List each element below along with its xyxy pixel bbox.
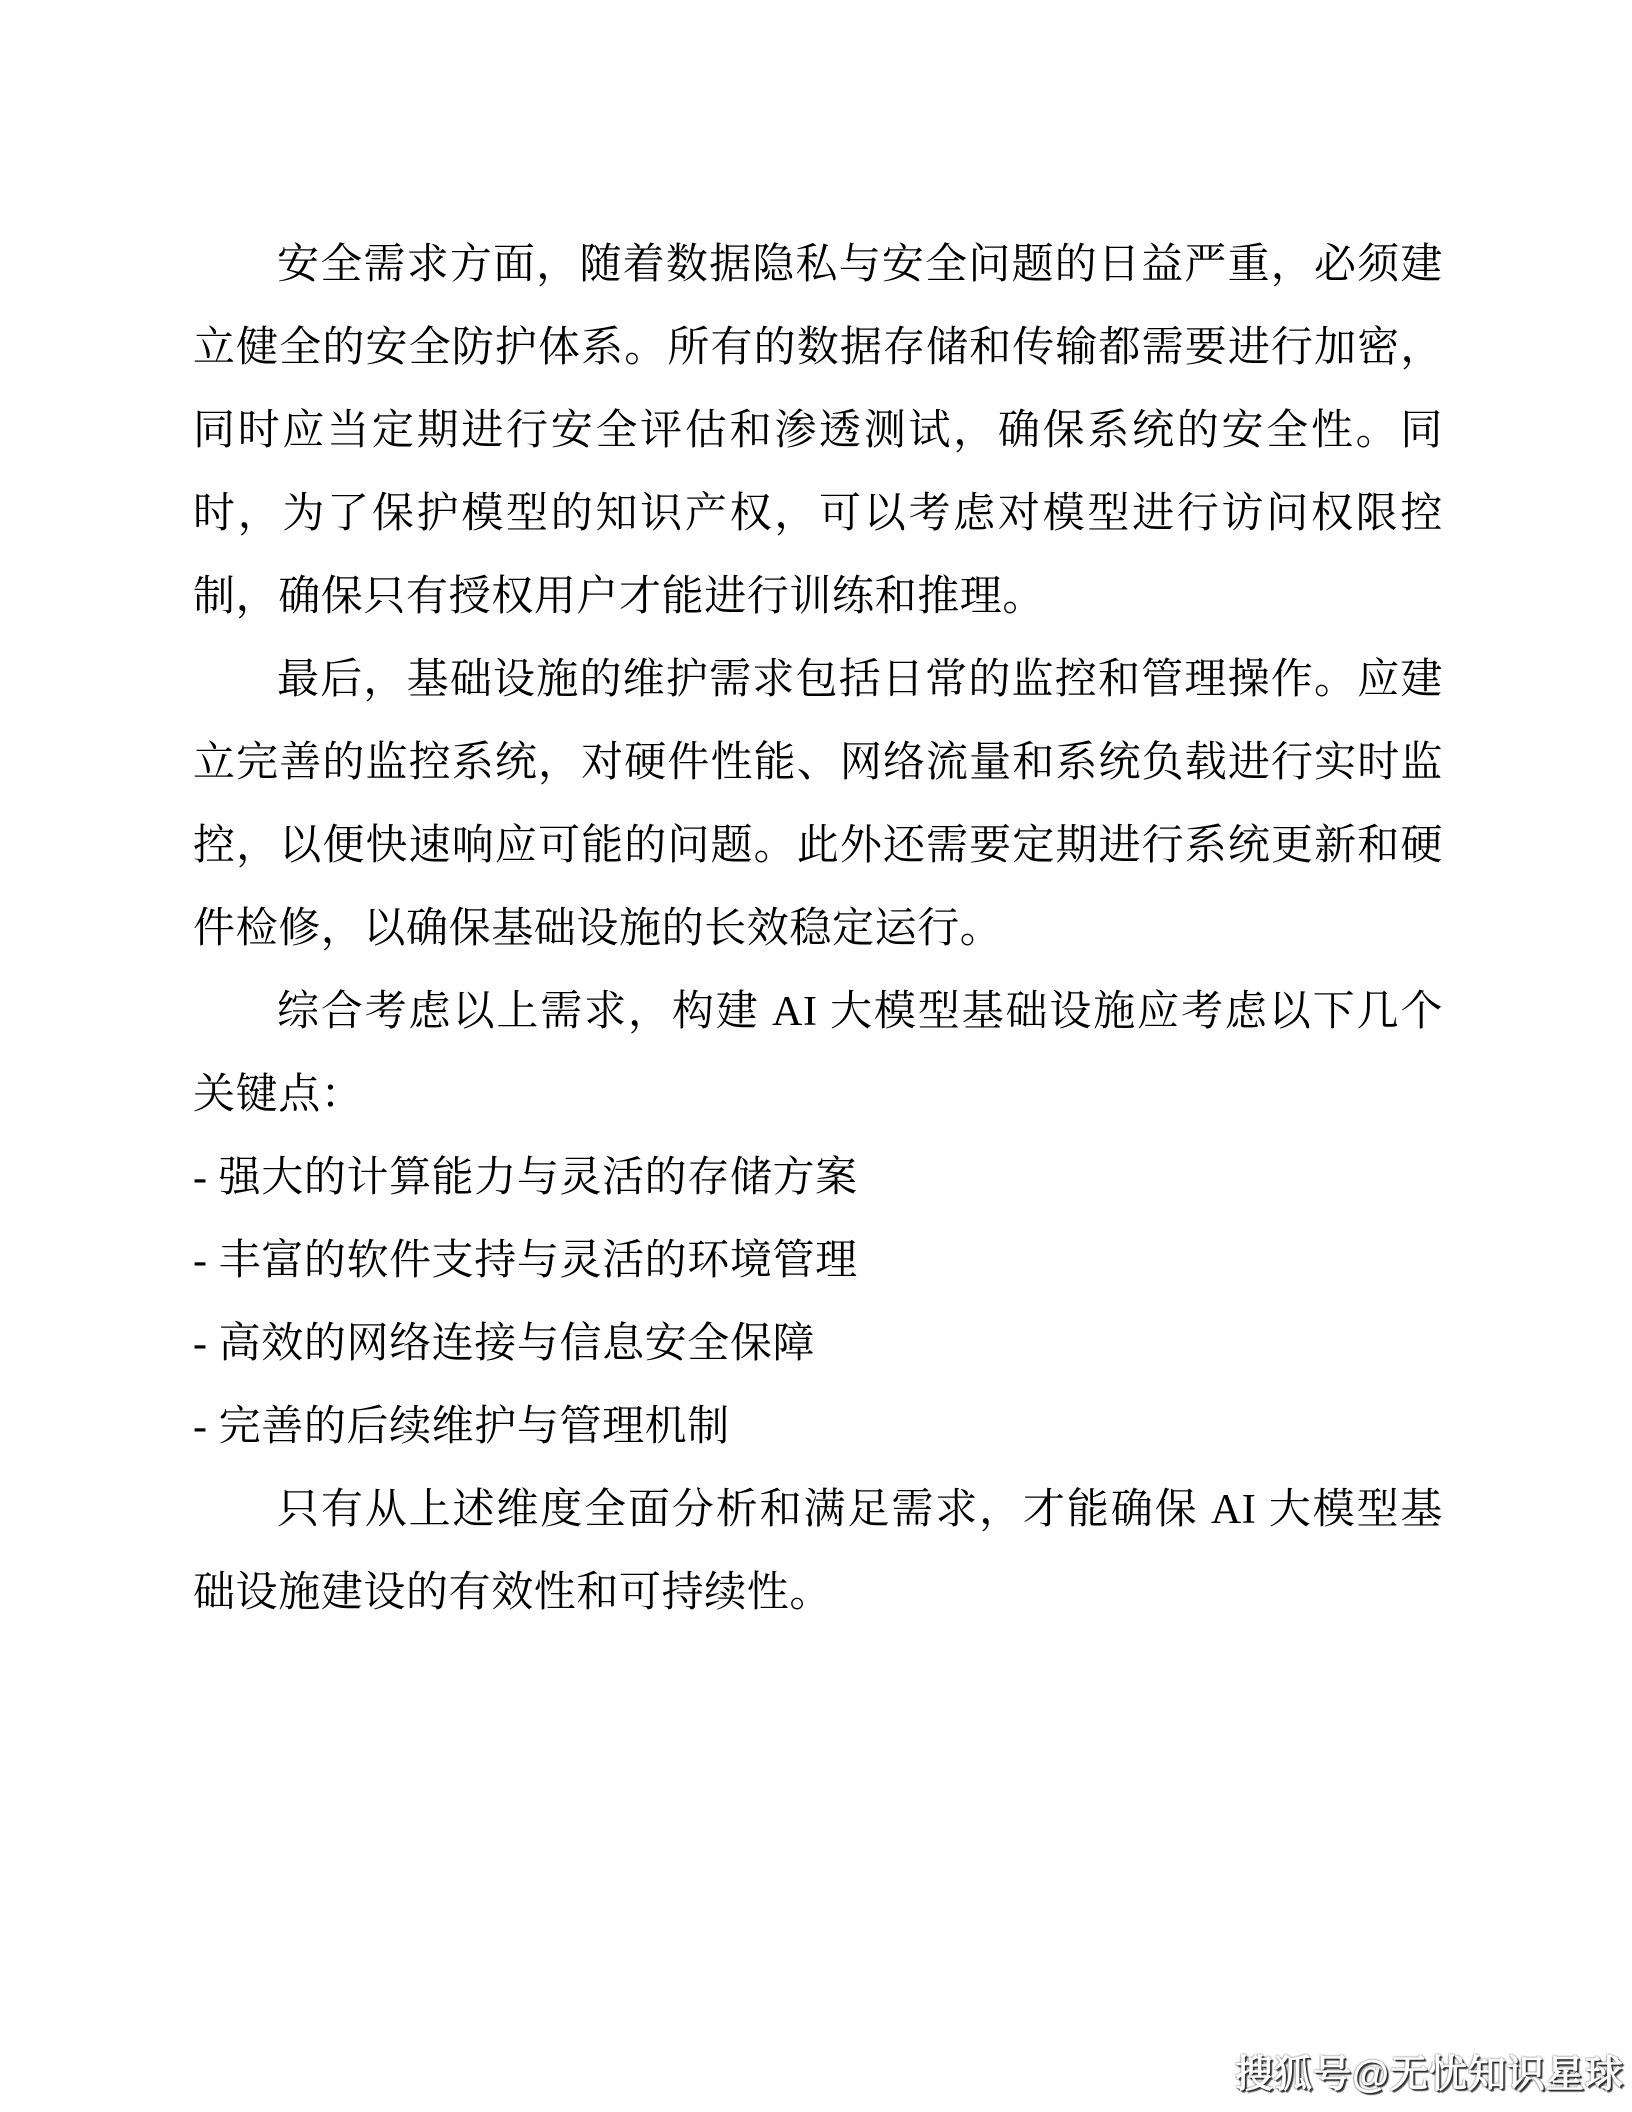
bullet-item: - 高效的网络连接与信息安全保障 — [193, 1303, 1443, 1386]
watermark: 搜狐号@无忧知识星球 — [1235, 2043, 1624, 2098]
body-paragraph: 只有从上述维度全面分析和满足需求，才能确保 AI 大模型基础设施建设的有效性和可… — [193, 1469, 1443, 1635]
document-page-text: 安全需求方面，随着数据隐私与安全问题的日益严重，必须建立健全的安全防护体系。所有… — [193, 0, 1443, 1635]
bullet-item: - 强大的计算能力与灵活的存储方案 — [193, 1137, 1443, 1220]
bullet-item: - 完善的后续维护与管理机制 — [193, 1386, 1443, 1469]
body-paragraph: 最后，基础设施的维护需求包括日常的监控和管理操作。应建立完善的监控系统，对硬件性… — [193, 639, 1443, 971]
body-paragraph: 安全需求方面，随着数据隐私与安全问题的日益严重，必须建立健全的安全防护体系。所有… — [193, 224, 1443, 639]
body-paragraph: 综合考虑以上需求，构建 AI 大模型基础设施应考虑以下几个关键点： — [193, 971, 1443, 1137]
bullet-item: - 丰富的软件支持与灵活的环境管理 — [193, 1220, 1443, 1303]
